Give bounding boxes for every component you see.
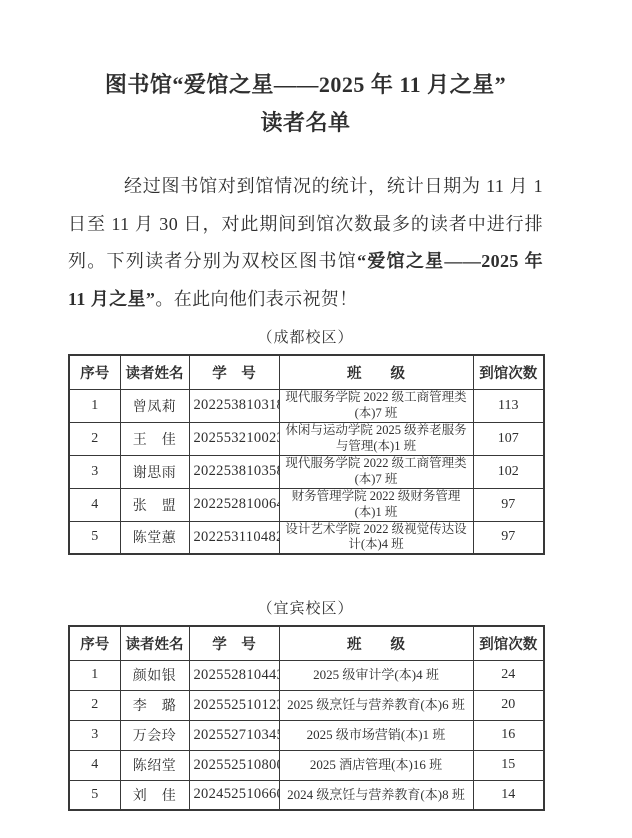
document-title-line1: 图书馆“爱馆之星——2025 年 11 月之星” bbox=[105, 72, 506, 97]
cell-count: 15 bbox=[473, 750, 544, 780]
cell-class: 2024 级烹饪与营养教育(本)8 班 bbox=[279, 780, 473, 810]
cell-count: 113 bbox=[473, 389, 544, 422]
cell-class: 设计艺术学院 2022 级视觉传达设计(本)4 班 bbox=[279, 521, 473, 554]
document-title: 图书馆“爱馆之星——2025 年 11 月之星” 读者名单 bbox=[68, 66, 543, 142]
cell-count: 102 bbox=[473, 455, 544, 488]
cell-count: 97 bbox=[473, 521, 544, 554]
cell-class: 2025 级审计学(本)4 班 bbox=[279, 660, 473, 690]
cell-name: 曾凤莉 bbox=[120, 389, 189, 422]
cell-class: 休闲与运动学院 2025 级养老服务与管理(本)1 班 bbox=[279, 422, 473, 455]
cell-class: 2025 级烹饪与营养教育(本)6 班 bbox=[279, 690, 473, 720]
table-row: 3谢思雨202253810358现代服务学院 2022 级工商管理类(本)7 班… bbox=[69, 455, 544, 488]
cell-name: 颜如银 bbox=[120, 660, 189, 690]
header-cell-class: 班 级 bbox=[279, 626, 473, 660]
cell-name: 李 璐 bbox=[120, 690, 189, 720]
cell-no: 5 bbox=[69, 780, 120, 810]
cell-id: 202553210023 bbox=[189, 422, 279, 455]
cell-name: 谢思雨 bbox=[120, 455, 189, 488]
cell-id: 202253810318 bbox=[189, 389, 279, 422]
reader-table-chengdu: 序号 读者姓名 学 号 班 级 到馆次数 1曾凤莉202253810318现代服… bbox=[68, 354, 545, 555]
cell-name: 张 盟 bbox=[120, 488, 189, 521]
cell-count: 24 bbox=[473, 660, 544, 690]
table-body-yibin: 1颜如银2025528104432025 级审计学(本)4 班242李 璐202… bbox=[69, 660, 544, 810]
cell-id: 202253810358 bbox=[189, 455, 279, 488]
header-cell-class: 班 级 bbox=[279, 355, 473, 389]
cell-name: 陈绍堂 bbox=[120, 750, 189, 780]
header-cell-no: 序号 bbox=[69, 355, 120, 389]
reader-table-yibin: 序号 读者姓名 学 号 班 级 到馆次数 1颜如银202552810443202… bbox=[68, 625, 545, 811]
table-row: 2李 璐2025525101232025 级烹饪与营养教育(本)6 班20 bbox=[69, 690, 544, 720]
header-cell-count: 到馆次数 bbox=[473, 626, 544, 660]
table-row: 1颜如银2025528104432025 级审计学(本)4 班24 bbox=[69, 660, 544, 690]
header-cell-id: 学 号 bbox=[189, 626, 279, 660]
header-cell-count: 到馆次数 bbox=[473, 355, 544, 389]
header-cell-id: 学 号 bbox=[189, 355, 279, 389]
intro-text-post: 。在此向他们表示祝贺！ bbox=[155, 289, 357, 309]
cell-no: 2 bbox=[69, 690, 120, 720]
cell-count: 16 bbox=[473, 720, 544, 750]
cell-name: 王 佳 bbox=[120, 422, 189, 455]
cell-name: 陈堂蕙 bbox=[120, 521, 189, 554]
cell-class: 现代服务学院 2022 级工商管理类(本)7 班 bbox=[279, 455, 473, 488]
cell-count: 20 bbox=[473, 690, 544, 720]
cell-no: 1 bbox=[69, 389, 120, 422]
table-row: 4陈绍堂2025525108002025 酒店管理(本)16 班15 bbox=[69, 750, 544, 780]
campus-caption-chengdu: （成都校区） bbox=[68, 326, 543, 347]
cell-id: 202552510800 bbox=[189, 750, 279, 780]
cell-id: 202552710345 bbox=[189, 720, 279, 750]
header-row: 序号 读者姓名 学 号 班 级 到馆次数 bbox=[69, 355, 544, 389]
table-body-chengdu: 1曾凤莉202253810318现代服务学院 2022 级工商管理类(本)7 班… bbox=[69, 389, 544, 554]
table-row: 5陈堂蕙202253110482设计艺术学院 2022 级视觉传达设计(本)4 … bbox=[69, 521, 544, 554]
cell-no: 3 bbox=[69, 455, 120, 488]
cell-count: 107 bbox=[473, 422, 544, 455]
document-title-line2: 读者名单 bbox=[260, 110, 350, 135]
cell-no: 3 bbox=[69, 720, 120, 750]
cell-class: 现代服务学院 2022 级工商管理类(本)7 班 bbox=[279, 389, 473, 422]
cell-no: 2 bbox=[69, 422, 120, 455]
table-row: 5刘 佳2024525106602024 级烹饪与营养教育(本)8 班14 bbox=[69, 780, 544, 810]
table-row: 2王 佳202553210023休闲与运动学院 2025 级养老服务与管理(本)… bbox=[69, 422, 544, 455]
header-cell-name: 读者姓名 bbox=[120, 355, 189, 389]
cell-id: 202552510123 bbox=[189, 690, 279, 720]
cell-count: 97 bbox=[473, 488, 544, 521]
cell-count: 14 bbox=[473, 780, 544, 810]
header-cell-no: 序号 bbox=[69, 626, 120, 660]
cell-name: 万会玲 bbox=[120, 720, 189, 750]
header-row: 序号 读者姓名 学 号 班 级 到馆次数 bbox=[69, 626, 544, 660]
cell-id: 202452510660 bbox=[189, 780, 279, 810]
cell-class: 2025 级市场营销(本)1 班 bbox=[279, 720, 473, 750]
table-row: 1曾凤莉202253810318现代服务学院 2022 级工商管理类(本)7 班… bbox=[69, 389, 544, 422]
table-header-row: 序号 读者姓名 学 号 班 级 到馆次数 bbox=[69, 626, 544, 660]
table-row: 3万会玲2025527103452025 级市场营销(本)1 班16 bbox=[69, 720, 544, 750]
cell-id: 202552810443 bbox=[189, 660, 279, 690]
table-header-row: 序号 读者姓名 学 号 班 级 到馆次数 bbox=[69, 355, 544, 389]
cell-no: 4 bbox=[69, 488, 120, 521]
header-cell-name: 读者姓名 bbox=[120, 626, 189, 660]
intro-paragraph: 经过图书馆对到馆情况的统计，统计日期为 11 月 1 日至 11 月 30 日，… bbox=[68, 168, 543, 318]
campus-caption-yibin: （宜宾校区） bbox=[68, 597, 543, 618]
cell-class: 2025 酒店管理(本)16 班 bbox=[279, 750, 473, 780]
cell-no: 5 bbox=[69, 521, 120, 554]
table-row: 4张 盟202252810064财务管理学院 2022 级财务管理(本)1 班9… bbox=[69, 488, 544, 521]
cell-no: 1 bbox=[69, 660, 120, 690]
cell-no: 4 bbox=[69, 750, 120, 780]
cell-name: 刘 佳 bbox=[120, 780, 189, 810]
cell-id: 202253110482 bbox=[189, 521, 279, 554]
cell-class: 财务管理学院 2022 级财务管理(本)1 班 bbox=[279, 488, 473, 521]
document-page: 图书馆“爱馆之星——2025 年 11 月之星” 读者名单 经过图书馆对到馆情况… bbox=[0, 0, 632, 838]
cell-id: 202252810064 bbox=[189, 488, 279, 521]
